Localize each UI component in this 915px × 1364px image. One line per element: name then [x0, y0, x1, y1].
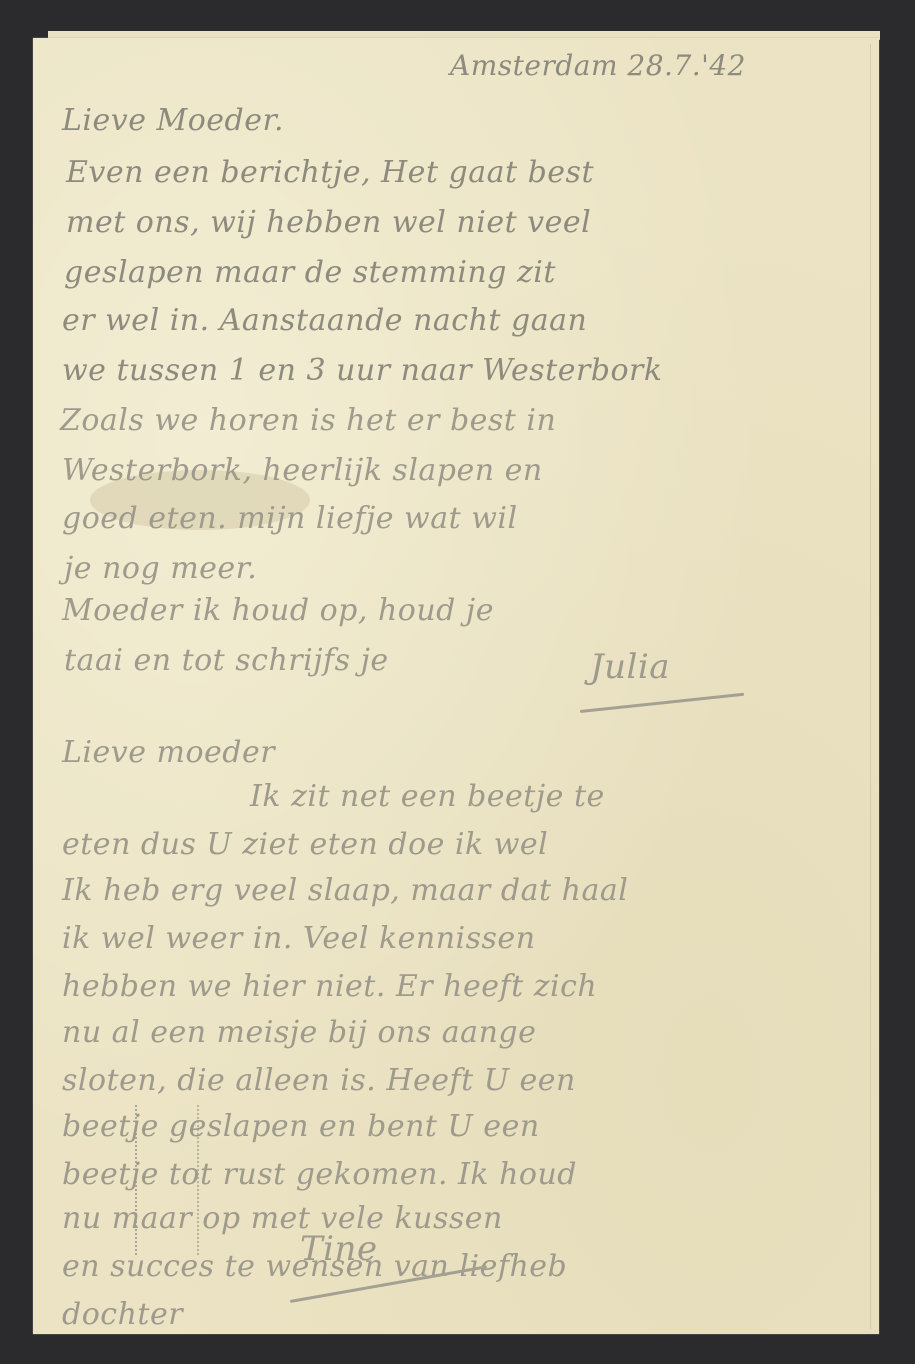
card-fold-edge [870, 44, 871, 1329]
letter2-line: nu al een meisje bij ons aange [62, 1018, 536, 1048]
date-line: Amsterdam 28.7.'42 [450, 52, 746, 80]
letter1-line: er wel in. Aanstaande nacht gaan [62, 306, 587, 336]
letter1-line: taai en tot schrijfs je [64, 646, 389, 676]
letter1-line: Moeder ik houd op, houd je [62, 596, 494, 626]
letter2-signature: Tine [300, 1232, 378, 1266]
letter1-line: Even een berichtje, Het gaat best [66, 158, 594, 188]
letter2-salutation: Lieve moeder [62, 738, 275, 768]
letter2-line: beetje geslapen en bent U een [62, 1112, 540, 1142]
letter2-line: eten dus U ziet eten doe ik wel [62, 830, 548, 860]
letter1-line: met ons, wij hebben wel niet veel [66, 208, 591, 238]
letter2-line: dochter [62, 1300, 183, 1330]
letter1-line: goed eten. mijn liefje wat wil [62, 504, 518, 534]
letter2-line: beetje tot rust gekomen. Ik houd [62, 1160, 577, 1190]
letter1-line: geslapen maar de stemming zit [64, 258, 556, 288]
letter1-line: Zoals we horen is het er best in [60, 406, 556, 436]
letter2-line: ik wel weer in. Veel kennissen [62, 924, 536, 954]
letter1-line: Westerbork, heerlijk slapen en [62, 456, 543, 486]
letter1-salutation: Lieve Moeder. [62, 106, 284, 136]
letter1-signature: Julia [590, 650, 670, 684]
letter1-line: we tussen 1 en 3 uur naar Westerbork [62, 356, 663, 386]
letter2-line: Ik heb erg veel slaap, maar dat haal [62, 876, 628, 906]
letter2-line: Ik zit net een beetje te [250, 782, 605, 812]
letter1-line: je nog meer. [64, 554, 257, 584]
letter2-line: sloten, die alleen is. Heeft U een [62, 1066, 576, 1096]
letter2-line: hebben we hier niet. Er heeft zich [62, 972, 597, 1002]
letter2-line: nu maar op met vele kussen [62, 1204, 503, 1234]
